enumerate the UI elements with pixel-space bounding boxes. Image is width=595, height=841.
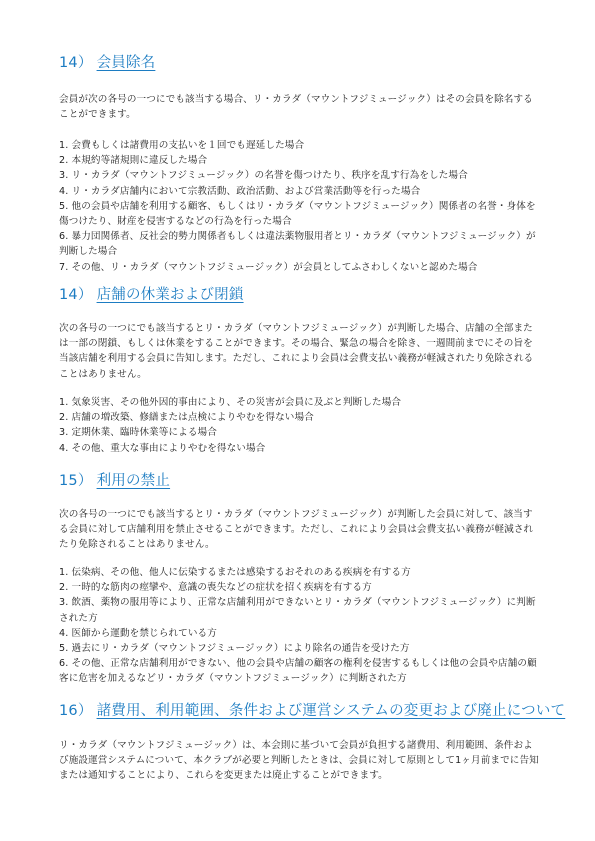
list-item: 2. 本規約等諸規則に違反した場合 xyxy=(59,153,541,168)
section-heading-usage-prohibition: 15）利用の禁止 xyxy=(59,471,170,491)
section-number: 14） xyxy=(59,287,93,303)
section-heading-membership-expulsion: 14）会員除名 xyxy=(59,53,155,73)
list-item: 1. 会費もしくは諸費用の支払いを１回でも遅延した場合 xyxy=(59,138,541,153)
section-number: 14） xyxy=(59,55,93,71)
list-item: 7. その他、リ・カラダ（マウントフジミュージック）が会員としてふさわしくないと… xyxy=(59,260,541,275)
section-item-list: 1. 会費もしくは諸費用の支払いを１回でも遅延した場合 2. 本規約等諸規則に違… xyxy=(59,138,541,275)
list-item: 5. 他の会員や店舗を利用する顧客、もしくはリ・カラダ（マウントフジミュージック… xyxy=(59,199,541,229)
list-item: 3. 定期休業、臨時休業等による場合 xyxy=(59,425,541,440)
list-item: 4. 医師から運動を禁じられている方 xyxy=(59,626,541,641)
section-intro: リ・カラダ（マウントフジミュージック）は、本会則に基づいて会員が負担する諸費用、… xyxy=(59,738,541,784)
list-item: 4. その他、重大な事由によりやむを得ない場合 xyxy=(59,441,541,456)
section-heading-fee-and-system-changes: 16）諸費用、利用範囲、条件および運営システムの変更および廃止について xyxy=(59,701,565,721)
list-item: 4. リ・カラダ店舗内において宗教活動、政治活動、および営業活動等を行った場合 xyxy=(59,184,541,199)
list-item: 1. 伝染病、その他、他人に伝染するまたは感染するおそれのある疾病を有する方 xyxy=(59,565,541,580)
list-item: 6. 暴力団関係者、反社会的勢力関係者もしくは違法薬物服用者とリ・カラダ（マウン… xyxy=(59,229,541,259)
section-title: 利用の禁止 xyxy=(97,473,171,489)
section-intro: 会員が次の各号の一つにでも該当する場合、リ・カラダ（マウントフジミュージック）は… xyxy=(59,92,541,122)
list-item: 2. 店舗の増改築、修繕または点検によりやむを得ない場合 xyxy=(59,410,541,425)
section-number: 15） xyxy=(59,473,93,489)
section-title: 会員除名 xyxy=(97,55,156,71)
section-intro: 次の各号の一つにでも該当するとリ・カラダ（マウントフジミュージック）が判断した会… xyxy=(59,507,541,553)
section-item-list: 1. 伝染病、その他、他人に伝染するまたは感染するおそれのある疾病を有する方 2… xyxy=(59,565,541,687)
section-title: 諸費用、利用範囲、条件および運営システムの変更および廃止について xyxy=(97,703,566,719)
section-intro: 次の各号の一つにでも該当するとリ・カラダ（マウントフジミュージック）が判断した場… xyxy=(59,321,541,382)
section-title: 店舗の休業および閉鎖 xyxy=(97,287,244,303)
list-item: 6. その他、正常な店舗利用ができない、他の会員や店舗の顧客の権利を侵害するもし… xyxy=(59,656,541,686)
list-item: 2. 一時的な筋肉の痙攣や、意識の喪失などの症状を招く疾病を有する方 xyxy=(59,580,541,595)
list-item: 5. 過去にリ・カラダ（マウントフジミュージック）により除名の通告を受けた方 xyxy=(59,641,541,656)
section-item-list: 1. 気象災害、その他外因的事由により、その災害が会員に及ぶと判断した場合 2.… xyxy=(59,395,541,456)
list-item: 3. 飲酒、薬物の服用等により、正常な店舗利用ができないとリ・カラダ（マウントフ… xyxy=(59,595,541,625)
section-number: 16） xyxy=(59,703,93,719)
list-item: 3. リ・カラダ（マウントフジミュージック）の名誉を傷つけたり、秩序を乱す行為を… xyxy=(59,168,541,183)
list-item: 1. 気象災害、その他外因的事由により、その災害が会員に及ぶと判断した場合 xyxy=(59,395,541,410)
section-heading-store-closure: 14）店舗の休業および閉鎖 xyxy=(59,285,244,305)
